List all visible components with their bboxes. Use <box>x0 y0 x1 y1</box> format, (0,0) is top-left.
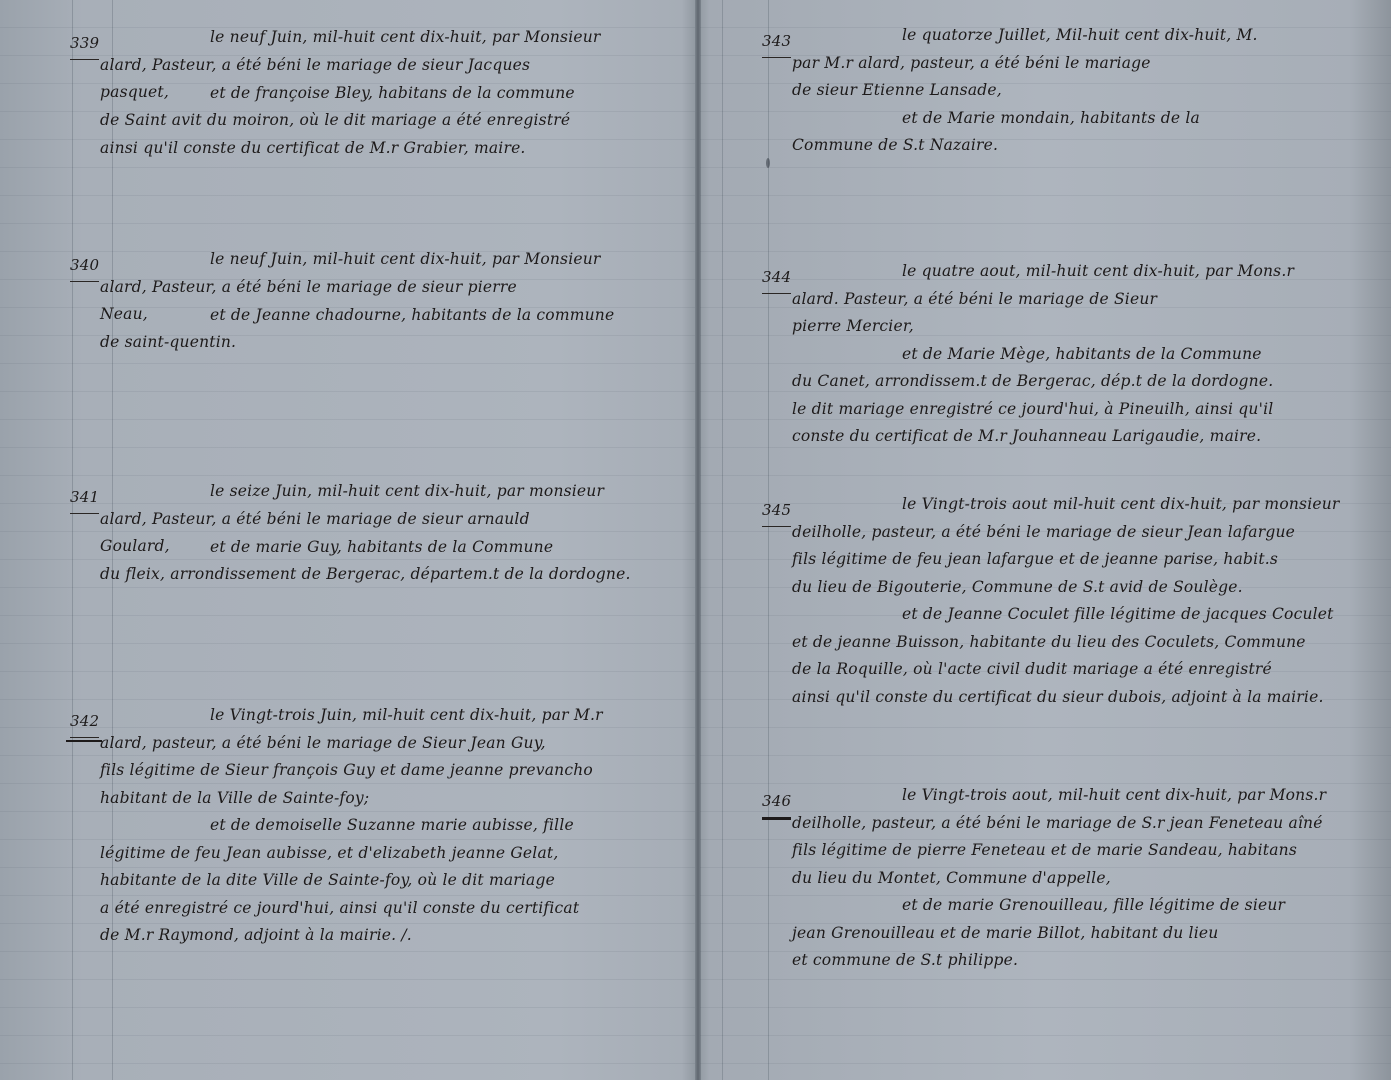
entry-line: ainsi qu'il conste du certificat de M.r … <box>70 135 601 163</box>
entry-line: le Vingt-trois aout mil-huit cent dix-hu… <box>762 491 1340 519</box>
entry-line: habitante de la dite Ville de Sainte-foy… <box>70 867 603 895</box>
entry-line: et commune de S.t philippe. <box>762 947 1326 975</box>
entry-line: fils légitime de feu jean lafargue et de… <box>762 546 1340 574</box>
entry-line: alard, Pasteur, a été béni le mariage de… <box>70 274 614 302</box>
entry-line: jean Grenouilleau et de marie Billot, ha… <box>762 920 1326 948</box>
entry-line: le Vingt-trois Juin, mil-huit cent dix-h… <box>70 702 603 730</box>
entry-line: le seize Juin, mil-huit cent dix-huit, p… <box>70 478 631 506</box>
entry-line: de Saint avit du moiron, où le dit maria… <box>70 107 601 135</box>
entry-line: de saint-quentin. <box>70 329 614 357</box>
entry-line: deilholle, pasteur, a été béni le mariag… <box>762 519 1340 547</box>
entry-line: pierre Mercier, <box>762 313 1294 341</box>
entry-line: alard, pasteur, a été béni le mariage de… <box>70 730 603 758</box>
entry-line: et de marie Grenouilleau, fille légitime… <box>762 892 1326 920</box>
entry-line: alard, Pasteur, a été béni le mariage de… <box>70 506 631 534</box>
entry-line: le quatre aout, mil-huit cent dix-huit, … <box>762 258 1294 286</box>
entry-line: habitant de la Ville de Sainte-foy; <box>70 785 603 813</box>
entry-line: et de Marie Mège, habitants de la Commun… <box>762 341 1294 369</box>
entry-line: le quatorze Juillet, Mil-huit cent dix-h… <box>762 22 1258 50</box>
entry-line: et de Marie mondain, habitants de la <box>762 105 1258 133</box>
entry-line: le Vingt-trois aout, mil-huit cent dix-h… <box>762 782 1326 810</box>
entry-line: et de jeanne Buisson, habitante du lieu … <box>762 629 1340 657</box>
right-page: 343 le quatorze Juillet, Mil-huit cent d… <box>700 0 1391 1080</box>
entry-line: deilholle, pasteur, a été béni le mariag… <box>762 810 1326 838</box>
entry-line: et de Jeanne Coculet fille légitime de j… <box>762 601 1340 629</box>
entry-line: conste du certificat de M.r Jouhanneau L… <box>762 423 1294 451</box>
entry-line: ainsi qu'il conste du certificat du sieu… <box>762 684 1340 712</box>
entry-line: fils légitime de Sieur françois Guy et d… <box>70 757 603 785</box>
entry-line: du lieu de Bigouterie, Commune de S.t av… <box>762 574 1340 602</box>
entry-line: Commune de S.t Nazaire. <box>762 132 1258 160</box>
margin-rule <box>722 0 723 1080</box>
register-spread: 339 le neuf Juin, mil-huit cent dix-huit… <box>0 0 1391 1080</box>
entry-line: alard. Pasteur, a été béni le mariage de… <box>762 286 1294 314</box>
entry-line: du lieu du Montet, Commune d'appelle, <box>762 865 1326 893</box>
entry-line: et de Jeanne chadourne, habitants de la … <box>70 302 614 330</box>
entry-line: alard, Pasteur, a été béni le mariage de… <box>70 52 601 80</box>
entry-line: fils légitime de pierre Feneteau et de m… <box>762 837 1326 865</box>
ink-mark <box>766 158 770 168</box>
entry-line: du Canet, arrondissem.t de Bergerac, dép… <box>762 368 1294 396</box>
entry-line: de M.r Raymond, adjoint à la mairie. /. <box>70 922 603 950</box>
entry-line: et de demoiselle Suzanne marie aubisse, … <box>70 812 603 840</box>
entry-line: le dit mariage enregistré ce jourd'hui, … <box>762 396 1294 424</box>
entry-line: le neuf Juin, mil-huit cent dix-huit, pa… <box>70 24 601 52</box>
entry-line: légitime de feu Jean aubisse, et d'eliza… <box>70 840 603 868</box>
entry-line: de sieur Etienne Lansade, <box>762 77 1258 105</box>
entry-line: de la Roquille, où l'acte civil dudit ma… <box>762 656 1340 684</box>
entry-line: du fleix, arrondissement de Bergerac, dé… <box>70 561 631 589</box>
left-page: 339 le neuf Juin, mil-huit cent dix-huit… <box>0 0 697 1080</box>
entry-line: le neuf Juin, mil-huit cent dix-huit, pa… <box>70 246 614 274</box>
entry-line: a été enregistré ce jourd'hui, ainsi qu'… <box>70 895 603 923</box>
entry-line: par M.r alard, pasteur, a été béni le ma… <box>762 50 1258 78</box>
